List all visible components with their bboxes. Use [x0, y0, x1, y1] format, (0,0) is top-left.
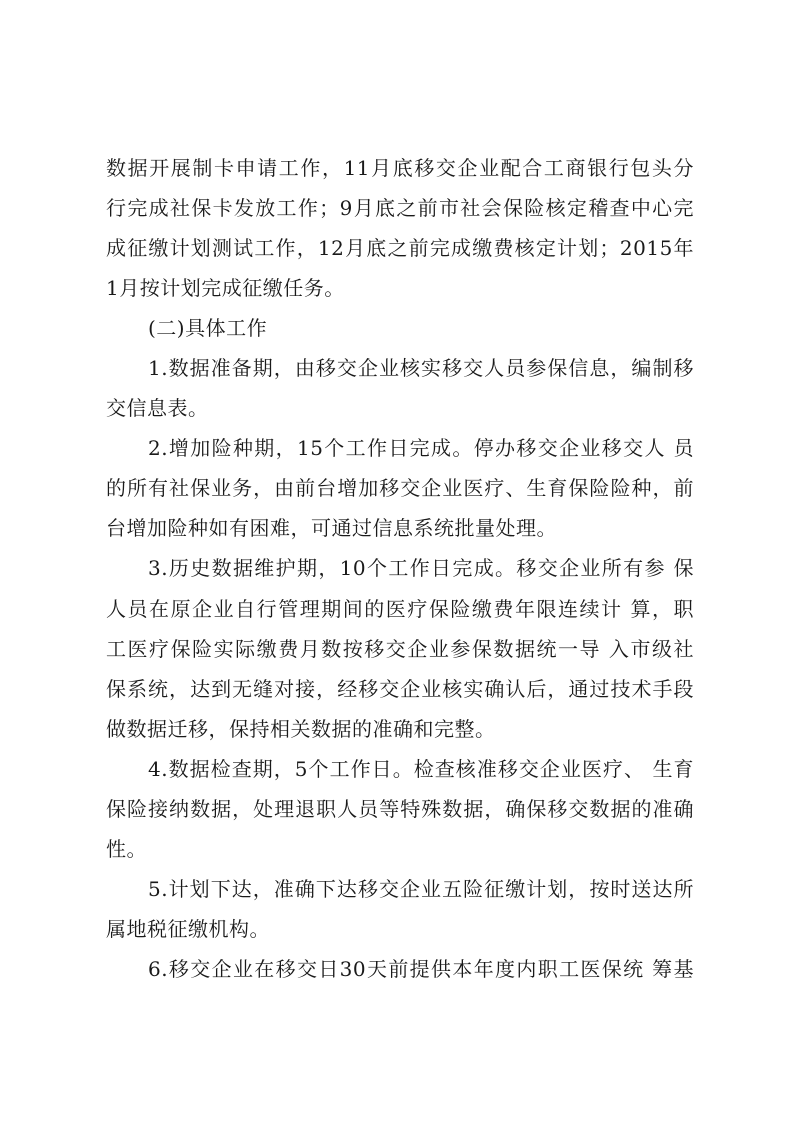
text-line: 交信息表。 [106, 388, 694, 428]
list-item-5-start: 5.计划下达，准确下达移交企业五险征缴计划，按时送达所 [106, 869, 694, 909]
text-line: 工医疗保险实际缴费月数按移交企业参保数据统一导 入市级社 [106, 629, 694, 669]
text-line: 成征缴计划测试工作，12月底之前完成缴费核定计划；2015年 [106, 228, 694, 268]
text-line: 属地税征缴机构。 [106, 909, 694, 949]
document-page: 数据开展制卡申请工作，11月底移交企业配合工商银行包头分 行完成社保卡发放工作；… [0, 0, 794, 1123]
text-line: 数据开展制卡申请工作，11月底移交企业配合工商银行包头分 [106, 148, 694, 188]
list-item-4-start: 4.数据检查期，5个工作日。检查核准移交企业医疗、 生育 [106, 749, 694, 789]
text-line: 保系统，达到无缝对接，经移交企业核实确认后，通过技术手段 [106, 669, 694, 709]
list-item-6-start: 6.移交企业在移交日30天前提供本年度内职工医保统 筹基 [106, 949, 694, 989]
text-line: 1月按计划完成征缴任务。 [106, 268, 694, 308]
list-item-1-start: 1.数据准备期，由移交企业核实移交人员参保信息，编制移 [106, 348, 694, 388]
section-heading: (二)具体工作 [106, 308, 694, 348]
text-line: 行完成社保卡发放工作；9月底之前市社会保险核定稽查中心完 [106, 188, 694, 228]
text-line: 做数据迁移，保持相关数据的准确和完整。 [106, 709, 694, 749]
text-line: 的所有社保业务，由前台增加移交企业医疗、生育保险险种，前 [106, 468, 694, 508]
text-line: 台增加险种如有困难，可通过信息系统批量处理。 [106, 508, 694, 548]
document-body: 数据开展制卡申请工作，11月底移交企业配合工商银行包头分 行完成社保卡发放工作；… [106, 148, 694, 989]
list-item-2-start: 2.增加险种期，15个工作日完成。停办移交企业移交人 员 [106, 428, 694, 468]
text-line: 人员在原企业自行管理期间的医疗保险缴费年限连续计 算，职 [106, 589, 694, 629]
text-line: 保险接纳数据，处理退职人员等特殊数据，确保移交数据的准确 [106, 789, 694, 829]
list-item-3-start: 3.历史数据维护期，10个工作日完成。移交企业所有参 保 [106, 548, 694, 588]
text-line: 性。 [106, 829, 694, 869]
